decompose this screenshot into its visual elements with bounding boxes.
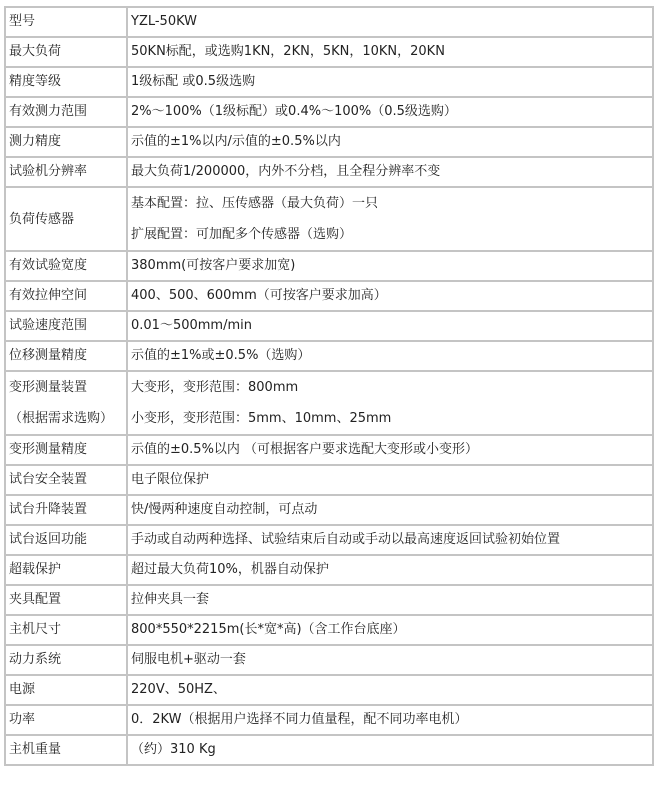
- spec-label-cell: 动力系统: [5, 645, 127, 675]
- spec-value-cell: 快/慢两种速度自动控制，可点动: [127, 495, 653, 525]
- spec-label-text: 负荷传感器: [9, 204, 122, 235]
- spec-label-cell: 最大负荷: [5, 37, 127, 67]
- spec-row: 试台安全装置 电子限位保护: [5, 465, 653, 495]
- spec-label-text: （根据需求选购）: [9, 403, 122, 434]
- spec-row: 试验速度范围 0.01～500mm/min: [5, 311, 653, 341]
- spec-table: 型号 YZL-50KW 最大负荷 50KN标配，或选购1KN，2KN，5KN，1…: [4, 6, 654, 766]
- spec-label-text: 主机重量: [9, 742, 61, 757]
- spec-label-text: 变形测量装置: [9, 372, 122, 403]
- spec-value-cell: （约）310 Kg: [127, 735, 653, 765]
- spec-label-cell: 试验速度范围: [5, 311, 127, 341]
- spec-label-text: 试验机分辨率: [9, 164, 87, 179]
- spec-label-cell: 功率: [5, 705, 127, 735]
- spec-row: 位移测量精度 示值的±1%或±0.5%（选购）: [5, 341, 653, 371]
- spec-row: 有效拉伸空间 400、500、600mm（可按客户要求加高）: [5, 281, 653, 311]
- spec-value-cell: 2%～100%（1级标配）或0.4%～100%（0.5级选购）: [127, 97, 653, 127]
- spec-value-cell: 800*550*2215m(长*宽*高)（含工作台底座）: [127, 615, 653, 645]
- spec-label-cell: 超载保护: [5, 555, 127, 585]
- spec-value-text: 220V、50HZ、: [131, 682, 226, 697]
- spec-value-text: 小变形，变形范围：5mm、10mm、25mm: [131, 403, 648, 434]
- spec-value-text: 0．2KW（根据用户选择不同力值量程，配不同功率电机）: [131, 712, 467, 727]
- spec-label-text: 有效试验宽度: [9, 258, 87, 273]
- spec-row: 电源 220V、50HZ、: [5, 675, 653, 705]
- spec-value-text: （约）310 Kg: [131, 742, 216, 757]
- spec-row: 精度等级 1级标配 或0.5级选购: [5, 67, 653, 97]
- spec-label-cell: 测力精度: [5, 127, 127, 157]
- spec-value-text: 大变形，变形范围：800mm: [131, 372, 648, 403]
- spec-label-cell: 负荷传感器: [5, 187, 127, 251]
- spec-value-text: 0.01～500mm/min: [131, 318, 252, 333]
- spec-value-text: 电子限位保护: [131, 472, 209, 487]
- spec-value-text: 2%～100%（1级标配）或0.4%～100%（0.5级选购）: [131, 104, 457, 119]
- spec-value-text: 超过最大负荷10%，机器自动保护: [131, 562, 329, 577]
- spec-label-text: 主机尺寸: [9, 622, 61, 637]
- spec-row: 试台升降装置 快/慢两种速度自动控制，可点动: [5, 495, 653, 525]
- spec-label-text: 变形测量精度: [9, 442, 87, 457]
- spec-value-cell: 手动或自动两种选择、试验结束后自动或手动以最高速度返回试验初始位置: [127, 525, 653, 555]
- spec-value-text: 1级标配 或0.5级选购: [131, 74, 255, 89]
- spec-value-text: 扩展配置：可加配多个传感器（选购）: [131, 219, 648, 250]
- spec-label-text: 电源: [9, 682, 35, 697]
- spec-row: 动力系统 伺服电机+驱动一套: [5, 645, 653, 675]
- spec-value-text: 380mm(可按客户要求加宽): [131, 258, 295, 273]
- spec-row: 变形测量装置（根据需求选购） 大变形，变形范围：800mm小变形，变形范围：5m…: [5, 371, 653, 435]
- spec-value-cell: 示值的±1%以内/示值的±0.5%以内: [127, 127, 653, 157]
- spec-row: 测力精度 示值的±1%以内/示值的±0.5%以内: [5, 127, 653, 157]
- spec-row: 主机重量 （约）310 Kg: [5, 735, 653, 765]
- spec-label-cell: 精度等级: [5, 67, 127, 97]
- spec-label-cell: 试验机分辨率: [5, 157, 127, 187]
- spec-value-cell: 示值的±1%或±0.5%（选购）: [127, 341, 653, 371]
- spec-label-text: 功率: [9, 712, 35, 727]
- spec-label-cell: 型号: [5, 7, 127, 37]
- spec-row: 型号 YZL-50KW: [5, 7, 653, 37]
- spec-value-text: 最大负荷1/200000，内外不分档，且全程分辨率不变: [131, 164, 440, 179]
- spec-value-text: 示值的±1%或±0.5%（选购）: [131, 348, 310, 363]
- spec-label-text: 夹具配置: [9, 592, 61, 607]
- spec-label-cell: 试台安全装置: [5, 465, 127, 495]
- spec-label-cell: 位移测量精度: [5, 341, 127, 371]
- spec-label-text: 有效测力范围: [9, 104, 87, 119]
- spec-row: 最大负荷 50KN标配，或选购1KN，2KN，5KN，10KN，20KN: [5, 37, 653, 67]
- spec-label-cell: 有效测力范围: [5, 97, 127, 127]
- spec-value-cell: 0．2KW（根据用户选择不同力值量程，配不同功率电机）: [127, 705, 653, 735]
- spec-row: 主机尺寸 800*550*2215m(长*宽*高)（含工作台底座）: [5, 615, 653, 645]
- spec-label-text: 超载保护: [9, 562, 61, 577]
- spec-row: 负荷传感器 基本配置：拉、压传感器（最大负荷）一只扩展配置：可加配多个传感器（选…: [5, 187, 653, 251]
- spec-value-cell: 示值的±0.5%以内 （可根据客户要求选配大变形或小变形）: [127, 435, 653, 465]
- spec-value-cell: 220V、50HZ、: [127, 675, 653, 705]
- spec-label-cell: 夹具配置: [5, 585, 127, 615]
- spec-label-text: 测力精度: [9, 134, 61, 149]
- spec-value-text: 基本配置：拉、压传感器（最大负荷）一只: [131, 188, 648, 219]
- spec-label-cell: 主机重量: [5, 735, 127, 765]
- spec-label-cell: 变形测量装置（根据需求选购）: [5, 371, 127, 435]
- spec-row: 功率 0．2KW（根据用户选择不同力值量程，配不同功率电机）: [5, 705, 653, 735]
- spec-value-text: YZL-50KW: [131, 14, 197, 29]
- spec-value-cell: 基本配置：拉、压传感器（最大负荷）一只扩展配置：可加配多个传感器（选购）: [127, 187, 653, 251]
- spec-value-text: 800*550*2215m(长*宽*高)（含工作台底座）: [131, 622, 406, 637]
- spec-label-text: 最大负荷: [9, 44, 61, 59]
- spec-value-cell: 大变形，变形范围：800mm小变形，变形范围：5mm、10mm、25mm: [127, 371, 653, 435]
- spec-label-text: 有效拉伸空间: [9, 288, 87, 303]
- spec-value-text: 伺服电机+驱动一套: [131, 652, 246, 667]
- spec-label-cell: 有效拉伸空间: [5, 281, 127, 311]
- spec-value-text: 手动或自动两种选择、试验结束后自动或手动以最高速度返回试验初始位置: [131, 532, 560, 547]
- spec-value-cell: YZL-50KW: [127, 7, 653, 37]
- spec-value-text: 50KN标配，或选购1KN，2KN，5KN，10KN，20KN: [131, 44, 445, 59]
- spec-value-text: 400、500、600mm（可按客户要求加高）: [131, 288, 387, 303]
- spec-row: 变形测量精度 示值的±0.5%以内 （可根据客户要求选配大变形或小变形）: [5, 435, 653, 465]
- spec-label-cell: 试台升降装置: [5, 495, 127, 525]
- spec-label-cell: 电源: [5, 675, 127, 705]
- spec-label-text: 试验速度范围: [9, 318, 87, 333]
- spec-label-text: 动力系统: [9, 652, 61, 667]
- spec-row: 试台返回功能 手动或自动两种选择、试验结束后自动或手动以最高速度返回试验初始位置: [5, 525, 653, 555]
- spec-value-cell: 伺服电机+驱动一套: [127, 645, 653, 675]
- spec-label-text: 试台返回功能: [9, 532, 87, 547]
- spec-value-text: 拉伸夹具一套: [131, 592, 209, 607]
- spec-value-cell: 0.01～500mm/min: [127, 311, 653, 341]
- spec-label-cell: 主机尺寸: [5, 615, 127, 645]
- spec-value-cell: 50KN标配，或选购1KN，2KN，5KN，10KN，20KN: [127, 37, 653, 67]
- spec-label-cell: 有效试验宽度: [5, 251, 127, 281]
- spec-value-text: 快/慢两种速度自动控制，可点动: [131, 502, 317, 517]
- spec-row: 有效试验宽度 380mm(可按客户要求加宽): [5, 251, 653, 281]
- spec-label-text: 位移测量精度: [9, 348, 87, 363]
- spec-value-cell: 拉伸夹具一套: [127, 585, 653, 615]
- spec-row: 超载保护 超过最大负荷10%，机器自动保护: [5, 555, 653, 585]
- spec-value-text: 示值的±0.5%以内 （可根据客户要求选配大变形或小变形）: [131, 442, 478, 457]
- spec-value-cell: 电子限位保护: [127, 465, 653, 495]
- spec-value-text: 示值的±1%以内/示值的±0.5%以内: [131, 134, 341, 149]
- spec-label-cell: 变形测量精度: [5, 435, 127, 465]
- spec-row: 试验机分辨率 最大负荷1/200000，内外不分档，且全程分辨率不变: [5, 157, 653, 187]
- spec-row: 夹具配置 拉伸夹具一套: [5, 585, 653, 615]
- spec-label-text: 精度等级: [9, 74, 61, 89]
- spec-value-cell: 400、500、600mm（可按客户要求加高）: [127, 281, 653, 311]
- spec-value-cell: 超过最大负荷10%，机器自动保护: [127, 555, 653, 585]
- spec-label-text: 型号: [9, 14, 35, 29]
- spec-table-body: 型号 YZL-50KW 最大负荷 50KN标配，或选购1KN，2KN，5KN，1…: [5, 7, 653, 765]
- spec-row: 有效测力范围 2%～100%（1级标配）或0.4%～100%（0.5级选购）: [5, 97, 653, 127]
- spec-value-cell: 380mm(可按客户要求加宽): [127, 251, 653, 281]
- spec-label-text: 试台升降装置: [9, 502, 87, 517]
- spec-label-text: 试台安全装置: [9, 472, 87, 487]
- spec-value-cell: 最大负荷1/200000，内外不分档，且全程分辨率不变: [127, 157, 653, 187]
- spec-label-cell: 试台返回功能: [5, 525, 127, 555]
- spec-value-cell: 1级标配 或0.5级选购: [127, 67, 653, 97]
